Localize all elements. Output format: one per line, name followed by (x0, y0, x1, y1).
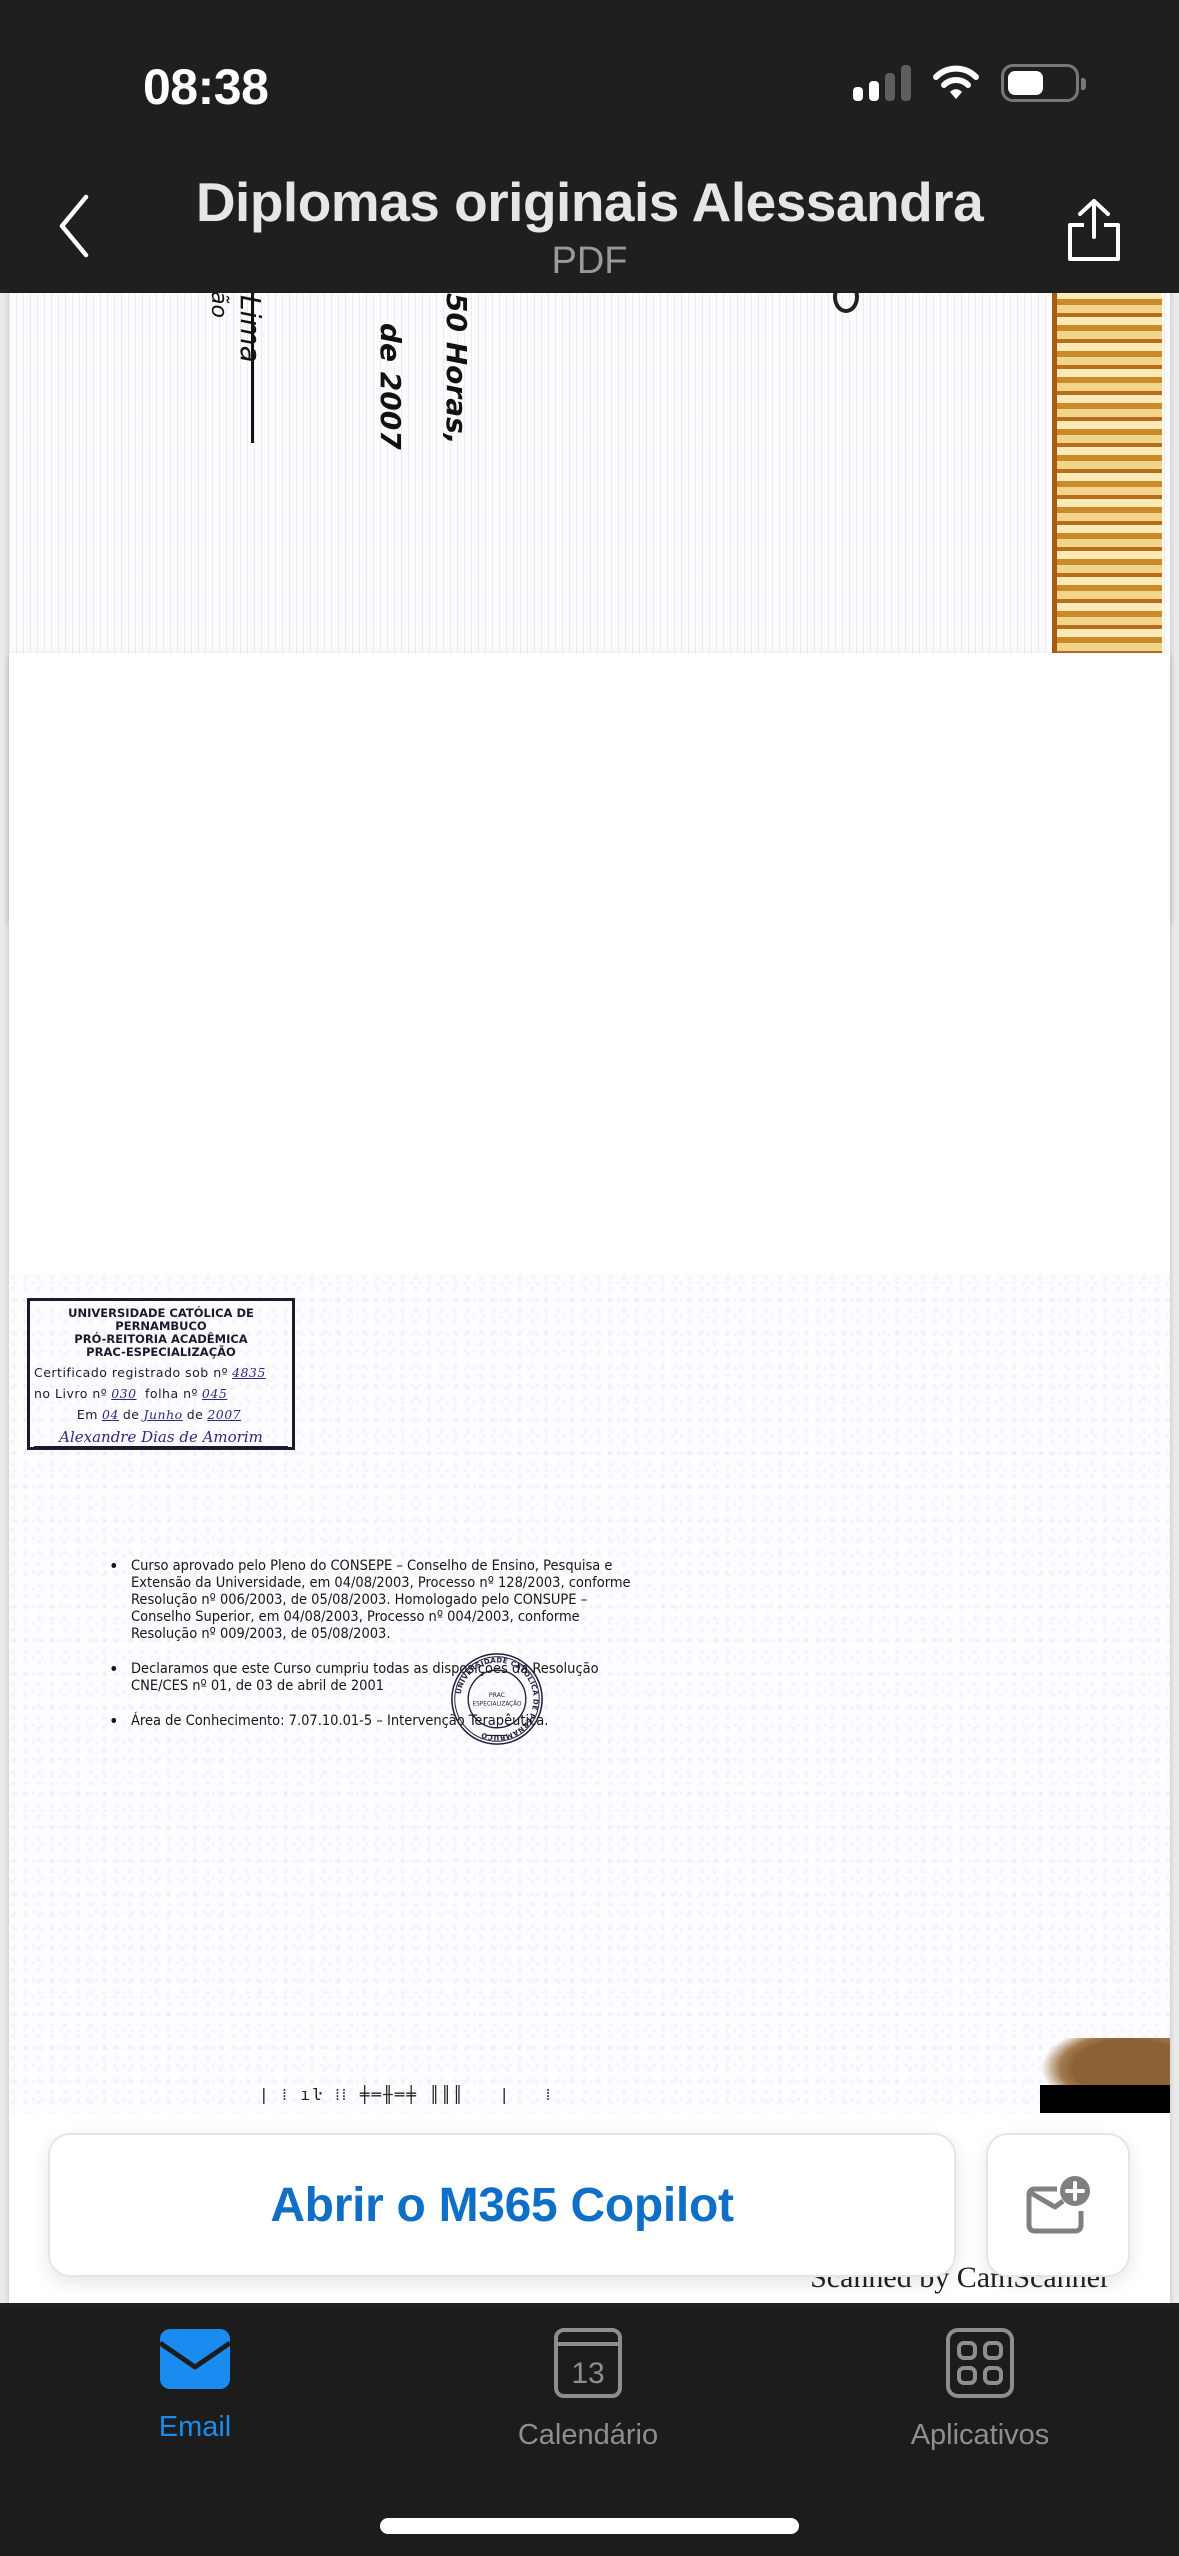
open-copilot-label: Abrir o M365 Copilot (270, 2178, 733, 2233)
cert-number: 4835 (228, 1365, 270, 1380)
stamp-university: UNIVERSIDADE CATÓLICA DE PERNAMBUCO (34, 1307, 288, 1333)
rotated-text-ao: ão (206, 293, 231, 318)
battery-icon (1001, 64, 1079, 102)
scan-edge (1040, 2085, 1170, 2113)
open-copilot-button[interactable]: Abrir o M365 Copilot (48, 2133, 956, 2277)
document-type: PDF (0, 240, 1179, 283)
stamp-date-line: Em04deJunhode2007 (34, 1407, 288, 1422)
cropped-text-strip: | ⁞ ıŀ ⁞⁞ ╪═╫═╪ ║║║ | ⁞ (259, 2085, 552, 2105)
stamp-signature: Alexandre Dias de Amorim (34, 1428, 288, 1448)
pdf-page-2: UNIVERSIDADE CATÓLICA DE PERNAMBUCO PRÓ-… (9, 653, 1170, 2303)
mail-icon (158, 2327, 232, 2391)
svg-text:ESPECIALIZAÇÃO: ESPECIALIZAÇÃO (472, 1701, 522, 1708)
stamp-livro-line: no Livro nº030 folha nº045 (34, 1386, 288, 1401)
rotated-text-horas: 50 Horas, (440, 293, 473, 444)
calendar-icon: 13 (553, 2327, 623, 2399)
university-seal: UNIVERSIDADE CATÓLICA DE PERNAMBUCO PRAC… (449, 1651, 545, 1747)
tab-email-label: Email (159, 2411, 232, 2444)
svg-text:13: 13 (571, 2357, 604, 2390)
rotated-text-lima: Lima (234, 295, 267, 363)
rotated-text-date: de 2007 (374, 323, 407, 450)
status-icons (853, 64, 1079, 102)
stamp-cert-line: Certificado registrado sob nº4835 (34, 1365, 288, 1380)
cellular-signal-icon (853, 65, 911, 101)
tab-email[interactable]: Email (45, 2327, 345, 2444)
tab-apps[interactable]: Aplicativos (830, 2327, 1130, 2452)
share-icon (1064, 197, 1124, 263)
note-item: Declaramos que este Curso cumpriu todas … (109, 1661, 649, 1695)
tab-calendar-label: Calendário (518, 2419, 658, 2452)
note-item: Área de Conhecimento: 7.07.10.01-5 – Int… (109, 1713, 649, 1730)
apps-grid-icon (945, 2327, 1015, 2399)
document-title: Diplomas originais Alessandra (0, 170, 1179, 234)
status-time: 08:38 (143, 58, 268, 116)
wifi-icon (933, 65, 979, 101)
registration-stamp: UNIVERSIDADE CATÓLICA DE PERNAMBUCO PRÓ-… (27, 1298, 295, 1450)
stamp-division: PRAC-ESPECIALIZAÇÃO (34, 1346, 288, 1359)
compose-button[interactable] (986, 2133, 1130, 2277)
compose-mail-icon (1025, 2175, 1091, 2235)
course-notes: Curso aprovado pelo Pleno do CONSEPE – C… (109, 1558, 1009, 1748)
pdf-viewer[interactable]: Lima ão 50 Horas, de 2007 Scanned by Cam… (0, 293, 1179, 2303)
note-item: Curso aprovado pelo Pleno do CONSEPE – C… (109, 1558, 649, 1643)
svg-text:PRAC: PRAC (489, 1692, 506, 1699)
home-indicator[interactable] (380, 2518, 799, 2534)
tab-apps-label: Aplicativos (911, 2419, 1050, 2452)
top-header: 08:38 Diplomas originais Alessandra PDF (0, 0, 1179, 293)
share-button[interactable] (1059, 190, 1129, 270)
tab-calendar[interactable]: 13 Calendário (438, 2327, 738, 2452)
